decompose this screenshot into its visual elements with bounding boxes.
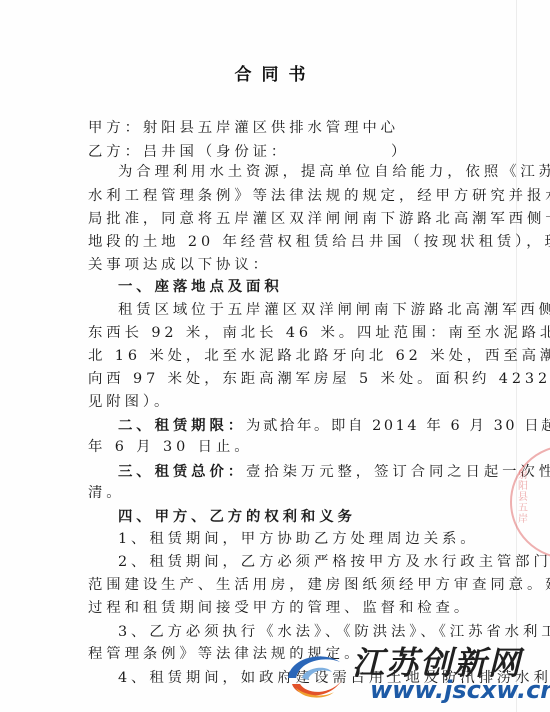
party-b-id-close: ）	[391, 142, 409, 162]
section-2-text: 为贰拾年。即自 2014 年 6 月 30 日起至 2034	[246, 418, 550, 434]
section-4-heading: 四、甲方、乙方的权利和义务	[118, 507, 513, 527]
section-1-line: 租赁区域位于五岸灌区双洋闸闸南下游路北高潮军西侧。	[118, 300, 513, 320]
document-title: 合同书	[0, 60, 550, 85]
section-2-heading: 二、租赁期限：	[118, 417, 246, 434]
section-4-item: 过程和租赁期间接受甲方的管理、监督和检查。	[88, 598, 483, 618]
preamble-line: 为合理利用水土资源，提高单位自给能力，依照《江苏省	[118, 162, 513, 182]
section-2: 二、租赁期限：为贰拾年。即自 2014 年 6 月 30 日起至 2034	[118, 416, 513, 436]
party-b-label: 乙方：吕井国（身份证：	[88, 144, 289, 160]
section-4-item: 范围建设生产、生活用房，建房图纸须经甲方审查同意。建房	[88, 575, 483, 595]
watermark-logo-icon	[282, 648, 346, 704]
preamble-line: 水利工程管理条例》等法律法规的规定，经甲方研究并报水利	[88, 186, 483, 206]
section-1-line: 北 16 米处，北至水泥路北路牙向北 62 米处，西至高潮军房屋	[88, 346, 483, 366]
section-2-cont: 年 6 月 30 日止。	[88, 437, 483, 457]
party-b: 乙方：吕井国（身份证： ）	[88, 142, 483, 162]
section-4-item: 1、租赁期间，甲方协助乙方处理周边关系。	[118, 529, 513, 549]
section-3-text: 壹拾柒万元整，签订合同之日起一次性付	[246, 464, 550, 480]
section-3-heading: 三、租赁总价：	[118, 463, 246, 480]
contract-page: 合同书 甲方：射阳县五岸灌区供排水管理中心 乙方：吕井国（身份证： ） 为合理利…	[0, 0, 550, 712]
preamble-line: 地段的土地 20 年经营权租赁给吕井国（按现状租赁），现就有	[88, 232, 483, 252]
section-1-line: 东西长 92 米，南北长 46 米。四址范围：南至水泥路北路牙向	[88, 323, 483, 343]
seal-text: 射阳县五岸	[518, 470, 532, 525]
section-4-item: 2、租赁期间，乙方必须严格按甲方及水行政主管部门批准	[118, 552, 513, 572]
party-a: 甲方：射阳县五岸灌区供排水管理中心	[88, 118, 483, 138]
section-1-line: 见附图）。	[88, 392, 483, 412]
section-1-line: 向西 97 米处，东距高潮军房屋 5 米处。面积约 4232 平方米（详	[88, 369, 483, 389]
section-3: 三、租赁总价：壹拾柒万元整，签订合同之日起一次性付	[118, 462, 513, 482]
section-1-heading: 一、座落地点及面积	[118, 277, 513, 297]
preamble-line: 关事项达成以下协议：	[88, 255, 483, 275]
section-3-cont: 清。	[88, 483, 483, 503]
watermark-url: www.jscxw.cn	[370, 676, 550, 704]
preamble-line: 局批准，同意将五岸灌区双洋闸闸南下游路北高潮军西侧一块	[88, 209, 483, 229]
